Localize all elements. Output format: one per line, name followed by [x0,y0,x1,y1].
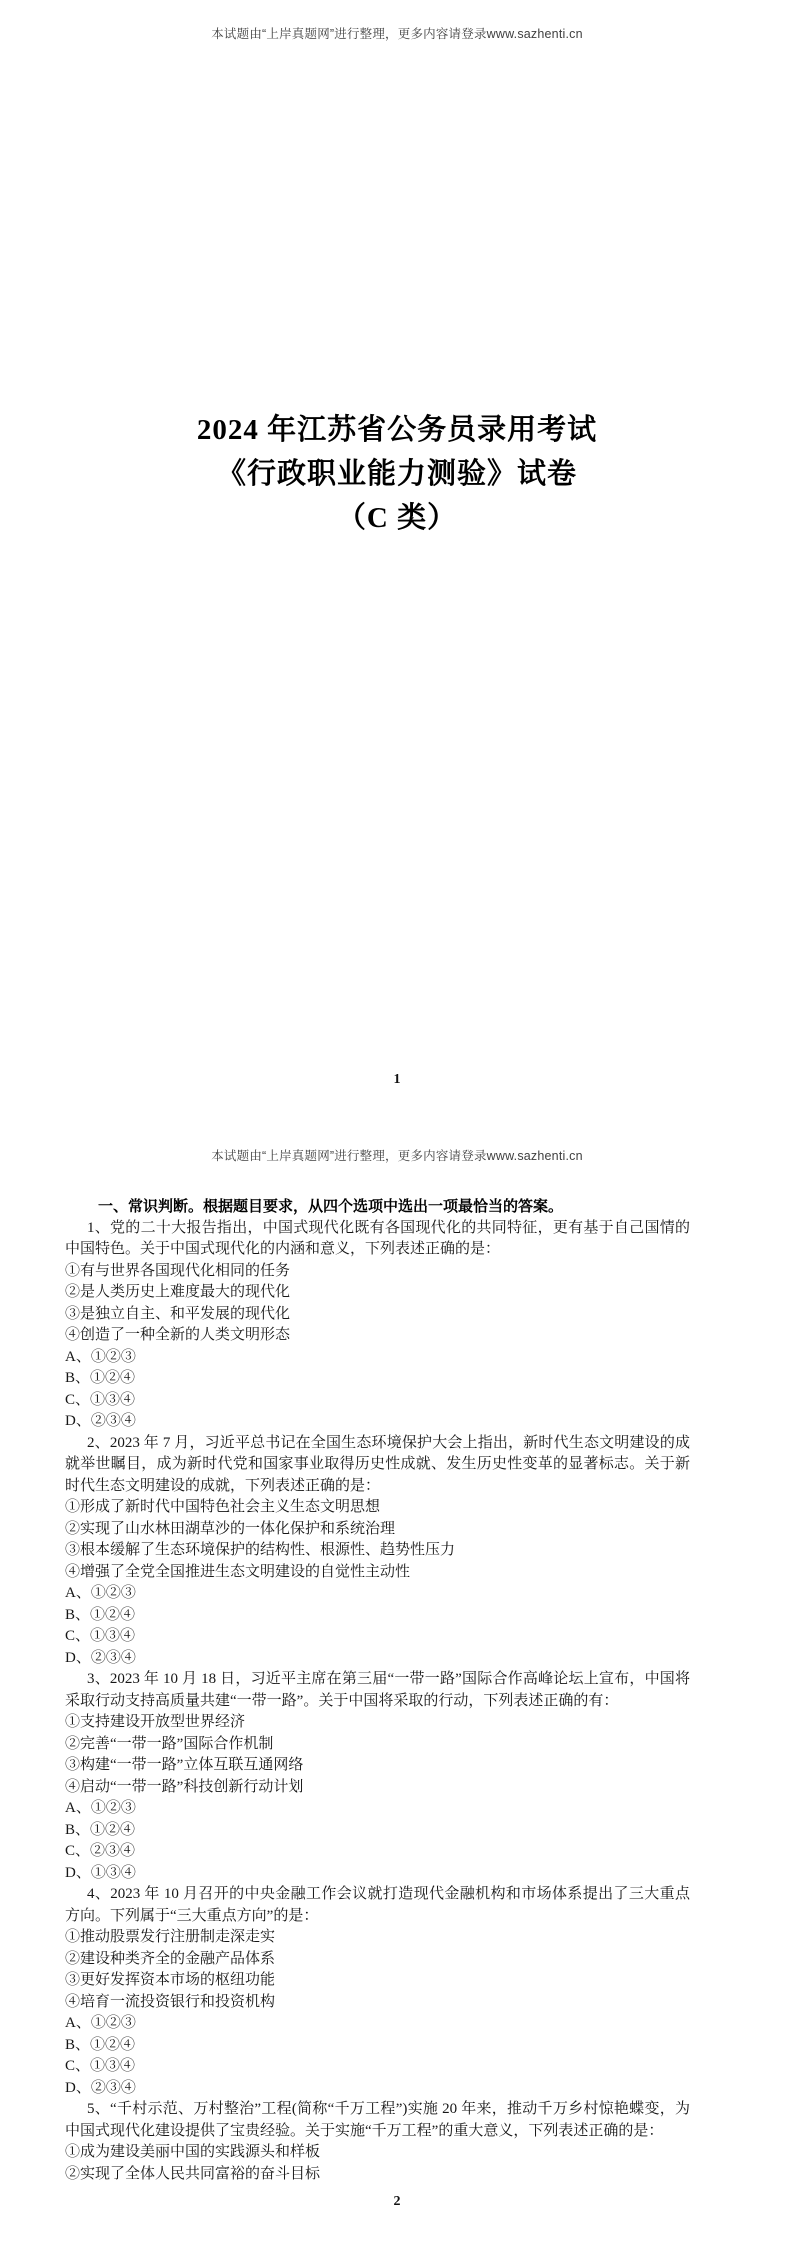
question-item: ④增强了全党全国推进生态文明建设的自觉性主动性 [65,1562,690,1584]
question-option: A、①②③ [65,2013,690,2035]
question-item: ③根本缓解了生态环境保护的结构性、根源性、趋势性压力 [65,1540,690,1562]
question-option: C、①③④ [65,1390,690,1412]
paper-title: 2024 年江苏省公务员录用考试 《行政职业能力测验》试卷 （C 类） [0,408,794,540]
question-option: D、②③④ [65,1411,690,1433]
question-option: C、①③④ [65,2056,690,2078]
question-stem: 1、党的二十大报告指出，中国式现代化既有各国现代化的共同特征，更有基于自己国情的… [65,1218,690,1261]
question-item: ②实现了全体人民共同富裕的奋斗目标 [65,2164,690,2186]
exam-document: 本试题由“上岸真题网”进行整理，更多内容请登录www.sazhenti.cn 2… [0,0,794,2244]
question-option: A、①②③ [65,1347,690,1369]
question-option: D、②③④ [65,2078,690,2100]
question-2: 2、2023 年 7 月，习近平总书记在全国生态环境保护大会上指出，新时代生态文… [65,1433,690,1670]
question-stem: 4、2023 年 10 月召开的中央金融工作会议就打造现代金融机构和市场体系提出… [65,1884,690,1927]
watermark-note: 本试题由“上岸真题网”进行整理，更多内容请登录www.sazhenti.cn [0,1146,794,1164]
question-item: ④培育一流投资银行和投资机构 [65,1992,690,2014]
question-option: B、①②④ [65,1820,690,1842]
paper-title-line-3: （C 类） [0,496,794,540]
question-item: ②建设种类齐全的金融产品体系 [65,1949,690,1971]
question-item: ③构建“一带一路”立体互联互通网络 [65,1755,690,1777]
section-heading: 一、常识判断。根据题目要求，从四个选项中选出一项最恰当的答案。 [65,1196,690,1218]
question-item: ②实现了山水林田湖草沙的一体化保护和系统治理 [65,1519,690,1541]
paper-title-line-1: 2024 年江苏省公务员录用考试 [0,408,794,452]
exam-body: 一、常识判断。根据题目要求，从四个选项中选出一项最恰当的答案。 1、党的二十大报… [65,1196,690,2185]
page-1: 本试题由“上岸真题网”进行整理，更多内容请登录www.sazhenti.cn 2… [0,0,794,1122]
question-3: 3、2023 年 10 月 18 日，习近平主席在第三届“一带一路”国际合作高峰… [65,1669,690,1884]
watermark-note: 本试题由“上岸真题网”进行整理，更多内容请登录www.sazhenti.cn [0,24,794,42]
question-item: ③更好发挥资本市场的枢纽功能 [65,1970,690,1992]
question-option: B、①②④ [65,1605,690,1627]
question-item: ④创造了一种全新的人类文明形态 [65,1325,690,1347]
question-item: ②是人类历史上难度最大的现代化 [65,1282,690,1304]
question-item: ④启动“一带一路”科技创新行动计划 [65,1777,690,1799]
question-item: ①形成了新时代中国特色社会主义生态文明思想 [65,1497,690,1519]
question-4: 4、2023 年 10 月召开的中央金融工作会议就打造现代金融机构和市场体系提出… [65,1884,690,2099]
question-option: C、①③④ [65,1626,690,1648]
question-item: ③是独立自主、和平发展的现代化 [65,1304,690,1326]
question-option: A、①②③ [65,1798,690,1820]
question-stem: 5、“千村示范、万村整治”工程(简称“千万工程”)实施 20 年来，推动千万乡村… [65,2099,690,2142]
question-option: C、②③④ [65,1841,690,1863]
question-option: D、②③④ [65,1648,690,1670]
question-item: ①成为建设美丽中国的实践源头和样板 [65,2142,690,2164]
question-5: 5、“千村示范、万村整治”工程(简称“千万工程”)实施 20 年来，推动千万乡村… [65,2099,690,2185]
page-number: 1 [0,1072,794,1088]
question-item: ①有与世界各国现代化相同的任务 [65,1261,690,1283]
question-stem: 2、2023 年 7 月，习近平总书记在全国生态环境保护大会上指出，新时代生态文… [65,1433,690,1498]
question-option: B、①②④ [65,1368,690,1390]
question-1: 1、党的二十大报告指出，中国式现代化既有各国现代化的共同特征，更有基于自己国情的… [65,1218,690,1433]
question-option: D、①③④ [65,1863,690,1885]
question-option: A、①②③ [65,1583,690,1605]
question-stem: 3、2023 年 10 月 18 日，习近平主席在第三届“一带一路”国际合作高峰… [65,1669,690,1712]
paper-title-line-2: 《行政职业能力测验》试卷 [0,452,794,496]
question-item: ②完善“一带一路”国际合作机制 [65,1734,690,1756]
page-number: 2 [0,2194,794,2210]
page-2: 本试题由“上岸真题网”进行整理，更多内容请登录www.sazhenti.cn 一… [0,1122,794,2244]
question-item: ①支持建设开放型世界经济 [65,1712,690,1734]
question-option: B、①②④ [65,2035,690,2057]
question-item: ①推动股票发行注册制走深走实 [65,1927,690,1949]
